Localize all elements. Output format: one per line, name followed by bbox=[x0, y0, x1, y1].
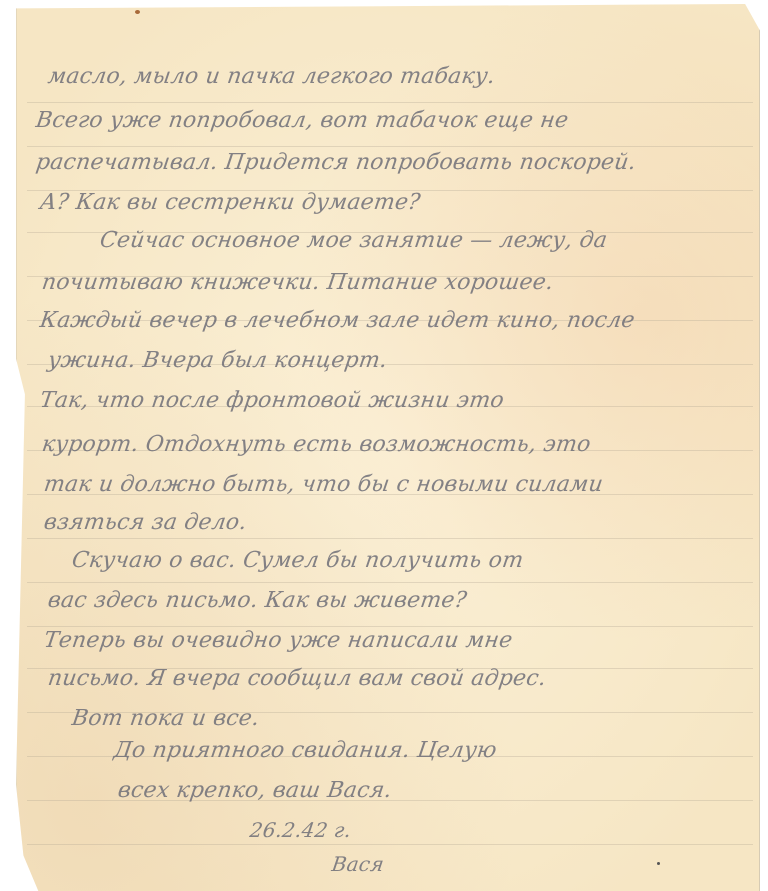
letter-line-2: Всего уже попробовал, вот табачок еще не bbox=[34, 108, 570, 133]
ruled-line bbox=[27, 146, 753, 147]
letter-line-14: вас здесь письмо. Как вы живете? bbox=[46, 588, 468, 613]
letter-line-16: письмо. Я вчера сообщил вам свой адрес. bbox=[46, 666, 547, 691]
letter-line-15: Теперь вы очевидно уже написали мне bbox=[42, 628, 514, 653]
ink-spot bbox=[135, 10, 140, 14]
letter-line-10: курорт. Отдохнуть есть возможность, это bbox=[40, 432, 592, 457]
ruled-line bbox=[27, 102, 753, 103]
letter-line-11: так и должно быть, что бы с новыми силам… bbox=[42, 472, 604, 497]
letter-date: 26.2.42 г. bbox=[248, 818, 353, 842]
ruled-line bbox=[27, 582, 753, 583]
letter-line-18: До приятного свидания. Целую bbox=[112, 738, 498, 763]
letter-line-12: взяться за дело. bbox=[42, 510, 248, 535]
letter-line-8: ужина. Вчера был концерт. bbox=[46, 348, 389, 373]
letter-line-13: Скучаю о вас. Сумел бы получить от bbox=[70, 548, 525, 573]
letter-line-1: масло, мыло и пачка легкого табаку. bbox=[46, 64, 497, 89]
letter-line-5: Сейчас основное мое занятие — лежу, да bbox=[98, 228, 609, 253]
letter-line-4: А? Как вы сестренки думаете? bbox=[38, 190, 422, 215]
ink-spot bbox=[657, 862, 660, 865]
letter-line-6: почитываю книжечки. Питание хорошее. bbox=[40, 270, 555, 295]
letter-line-7: Каждый вечер в лечебном зале идет кино, … bbox=[38, 308, 636, 333]
letter-line-3: распечатывал. Придется попробовать поско… bbox=[34, 150, 637, 175]
letter-signature: Вася bbox=[330, 852, 385, 876]
ruled-line bbox=[27, 844, 753, 845]
ruled-line bbox=[27, 626, 753, 627]
letter-line-17: Вот пока и все. bbox=[70, 706, 261, 731]
ruled-line bbox=[27, 538, 753, 539]
letter-line-19: всех крепко, ваш Вася. bbox=[116, 778, 393, 803]
letter-line-9: Так, что после фронтовой жизни это bbox=[38, 388, 505, 413]
